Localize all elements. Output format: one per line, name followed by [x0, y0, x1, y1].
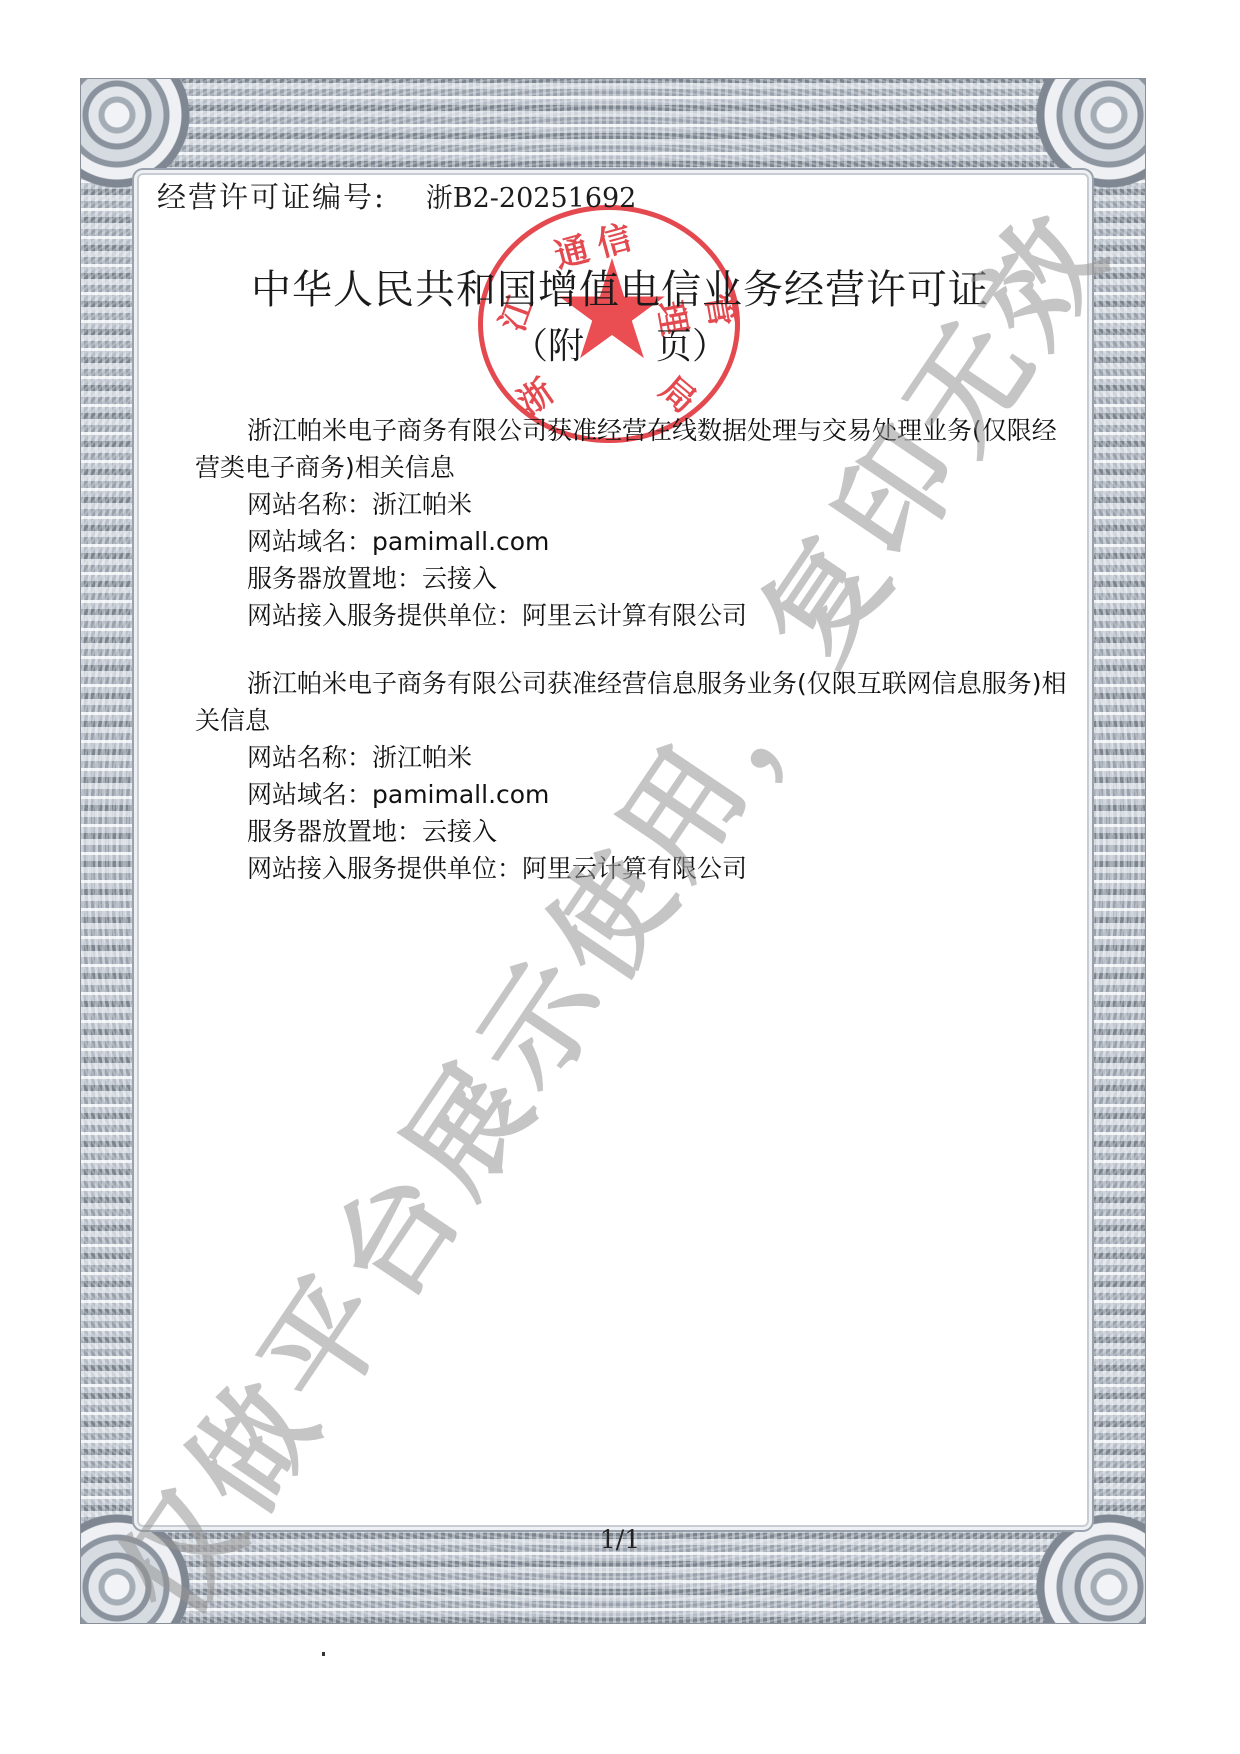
info-row-site-name: 网站名称：浙江帕米	[195, 739, 1075, 776]
info-row-site-name: 网站名称：浙江帕米	[195, 486, 1075, 523]
scan-speck	[322, 1652, 325, 1656]
field-value: 浙江帕米	[372, 743, 472, 772]
field-value: 云接入	[422, 817, 497, 846]
field-label: 网站名称：	[247, 490, 372, 519]
license-number-line: 经营许可证编号:浙B2-20251692	[157, 175, 636, 216]
field-label: 网站域名：	[247, 780, 372, 809]
field-label: 服务器放置地：	[247, 817, 422, 846]
section-online-data-processing: 浙江帕米电子商务有限公司获准经营在线数据处理与交易处理业务(仅限经营类电子商务)…	[195, 412, 1075, 634]
info-row-domain: 网站域名：pamimall.com	[195, 776, 1075, 813]
section-heading: 浙江帕米电子商务有限公司获准经营信息服务业务(仅限互联网信息服务)相关信息	[195, 665, 1075, 739]
info-row-server-location: 服务器放置地：云接入	[195, 560, 1075, 597]
field-value: 浙江帕米	[372, 490, 472, 519]
section-heading: 浙江帕米电子商务有限公司获准经营在线数据处理与交易处理业务(仅限经营类电子商务)…	[195, 412, 1075, 486]
section-information-services: 浙江帕米电子商务有限公司获准经营信息服务业务(仅限互联网信息服务)相关信息 网站…	[195, 665, 1075, 887]
field-label: 网站接入服务提供单位：	[247, 854, 522, 883]
field-label: 网站接入服务提供单位：	[247, 601, 522, 630]
field-label: 网站域名：	[247, 527, 372, 556]
info-row-domain: 网站域名：pamimall.com	[195, 523, 1075, 560]
field-value: 阿里云计算有限公司	[522, 601, 747, 630]
license-number-label: 经营许可证编号:	[157, 180, 386, 214]
info-row-access-provider: 网站接入服务提供单位：阿里云计算有限公司	[195, 850, 1075, 887]
field-value: pamimall.com	[372, 780, 549, 809]
license-number-value: 浙B2-20251692	[426, 183, 637, 214]
field-value: 云接入	[422, 564, 497, 593]
document-title: 中华人民共和国增值电信业务经营许可证	[0, 258, 1240, 315]
document-subtitle: （附 页）	[0, 318, 1240, 369]
field-value: 阿里云计算有限公司	[522, 854, 747, 883]
info-row-server-location: 服务器放置地：云接入	[195, 813, 1075, 850]
field-label: 网站名称：	[247, 743, 372, 772]
field-value: pamimall.com	[372, 527, 549, 556]
field-label: 服务器放置地：	[247, 564, 422, 593]
info-row-access-provider: 网站接入服务提供单位：阿里云计算有限公司	[195, 597, 1075, 634]
page-number: 1/1	[0, 1525, 1240, 1554]
